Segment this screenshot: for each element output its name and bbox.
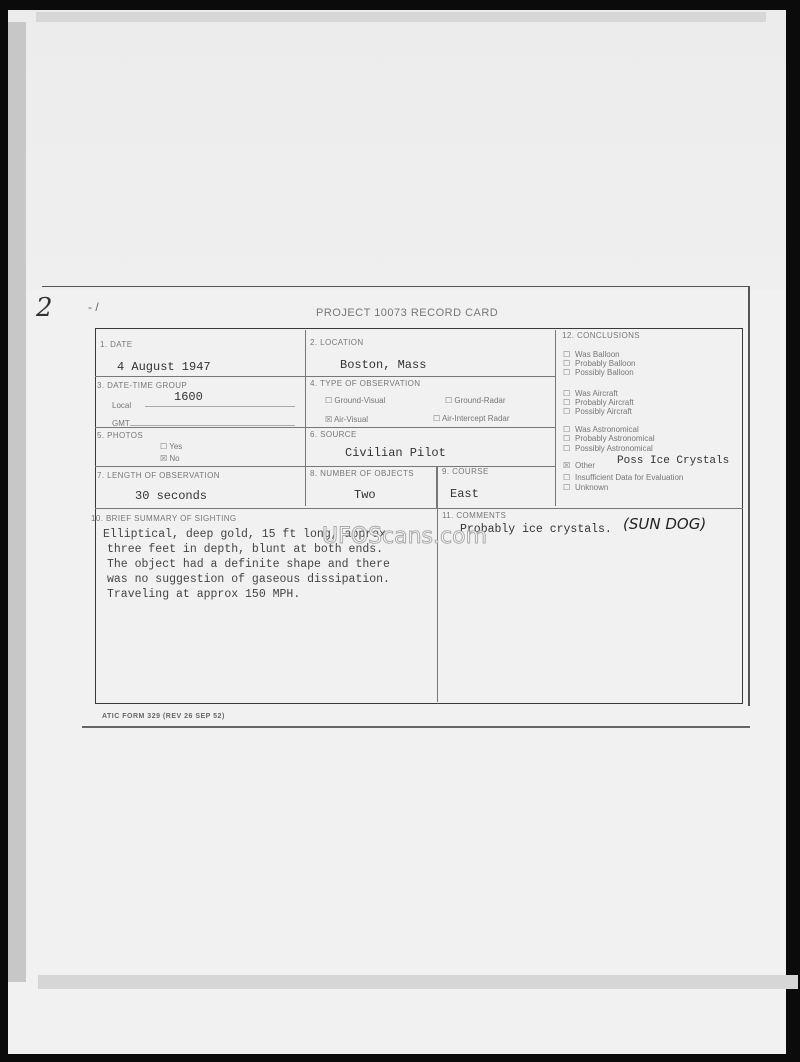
local-time-value: 1600 bbox=[174, 390, 203, 404]
observation-type-label: 4. TYPE OF OBSERVATION bbox=[310, 379, 420, 388]
conclusion-item: ☐Possibly Aircraft bbox=[563, 407, 632, 416]
option-ground-radar: ☐ Ground-Radar bbox=[445, 396, 506, 405]
objects-count-label: 8. NUMBER OF OBJECTS bbox=[310, 469, 414, 478]
conclusion-item: ☐Probably Aircraft bbox=[563, 398, 634, 407]
checkbox-icon: ☐ bbox=[563, 398, 575, 407]
checkbox-icon: ☐ bbox=[563, 389, 575, 398]
checked-box-icon: ☒ bbox=[563, 461, 575, 470]
date-value: 4 August 1947 bbox=[117, 360, 211, 374]
bottom-rule bbox=[82, 726, 750, 728]
checkbox-icon: ☐ bbox=[563, 483, 575, 492]
checkbox-icon: ☐ bbox=[563, 473, 575, 482]
photos-yes: ☐ Yes bbox=[160, 442, 182, 451]
date-label: 1. DATE bbox=[100, 340, 132, 349]
comments-label: 11. COMMENTS bbox=[442, 511, 506, 520]
scan-left-edge bbox=[8, 22, 26, 982]
summary-label: 10. BRIEF SUMMARY OF SIGHTING bbox=[91, 514, 237, 523]
source-value: Civilian Pilot bbox=[345, 446, 446, 460]
date-time-group-label: 3. DATE-TIME GROUP bbox=[97, 381, 187, 390]
gmt-underline bbox=[130, 425, 295, 426]
scan-top-edge bbox=[36, 12, 766, 22]
photos-no: ☒ No bbox=[160, 454, 180, 463]
checkbox-icon: ☐ bbox=[325, 396, 332, 405]
checkbox-icon: ☐ bbox=[563, 368, 575, 377]
checkbox-icon: ☐ bbox=[563, 425, 575, 434]
option-ground-visual: ☐ Ground-Visual bbox=[325, 396, 385, 405]
course-label: 9. COURSE bbox=[442, 467, 489, 476]
conclusion-item: ☐Was Astronomical bbox=[563, 425, 639, 434]
length-value: 30 seconds bbox=[135, 489, 207, 503]
course-value: East bbox=[450, 487, 479, 501]
form-number: ATIC FORM 329 (REV 26 SEP 52) bbox=[102, 713, 225, 720]
divider bbox=[436, 466, 437, 508]
divider bbox=[95, 508, 743, 509]
divider bbox=[95, 427, 555, 428]
handwritten-annotation: (SUN DOG) bbox=[623, 515, 706, 533]
checkbox-icon: ☐ bbox=[563, 407, 575, 416]
option-air-intercept-radar: ☐ Air-Intercept Radar bbox=[433, 414, 510, 423]
conclusion-item: ☐Possibly Balloon bbox=[563, 368, 634, 377]
divider bbox=[95, 376, 555, 377]
gmt-label: GMT bbox=[112, 419, 130, 428]
option-air-visual: ☒ Air-Visual bbox=[325, 415, 368, 424]
conclusion-item: ☐Unknown bbox=[563, 483, 608, 492]
conclusion-item: ☐Probably Balloon bbox=[563, 359, 635, 368]
location-value: Boston, Mass bbox=[340, 358, 426, 372]
other-conclusion-value: Poss Ice Crystals bbox=[617, 455, 729, 467]
conclusion-item: ☐Probably Astronomical bbox=[563, 434, 655, 443]
checkbox-icon: ☐ bbox=[445, 396, 452, 405]
checkbox-icon: ☐ bbox=[563, 444, 575, 453]
checked-box-icon: ☒ bbox=[325, 415, 332, 424]
watermark: UFOScans.com bbox=[322, 524, 487, 549]
conclusion-item: ☐Possibly Astronomical bbox=[563, 444, 653, 453]
conclusion-item-other: ☒Other bbox=[563, 461, 595, 470]
checkbox-icon: ☐ bbox=[433, 414, 440, 423]
local-time-underline bbox=[145, 406, 295, 407]
checkbox-icon: ☐ bbox=[160, 442, 167, 451]
source-label: 6. SOURCE bbox=[310, 430, 357, 439]
scan-bottom-edge bbox=[38, 975, 798, 989]
divider bbox=[305, 330, 306, 506]
conclusion-item: ☐Was Balloon bbox=[563, 350, 620, 359]
objects-count-value: Two bbox=[354, 488, 376, 502]
conclusion-item: ☐Was Aircraft bbox=[563, 389, 618, 398]
photos-label: 5. PHOTOS bbox=[97, 431, 143, 440]
card-title: PROJECT 10073 RECORD CARD bbox=[316, 307, 498, 319]
checkbox-icon: ☐ bbox=[563, 350, 575, 359]
divider bbox=[555, 330, 556, 506]
stray-mark: - / bbox=[88, 300, 99, 314]
location-label: 2. LOCATION bbox=[310, 338, 364, 347]
checked-box-icon: ☒ bbox=[160, 454, 167, 463]
card-right-rule bbox=[748, 286, 750, 706]
length-label: 7. LENGTH OF OBSERVATION bbox=[97, 471, 220, 480]
checkbox-icon: ☐ bbox=[563, 359, 575, 368]
page-bleed-area bbox=[8, 10, 786, 290]
conclusion-item: ☐Insufficient Data for Evaluation bbox=[563, 473, 683, 482]
local-time-label: Local bbox=[112, 401, 131, 410]
checkbox-icon: ☐ bbox=[563, 434, 575, 443]
card-top-rule bbox=[42, 286, 750, 287]
page-number-mark: 2 bbox=[36, 293, 53, 323]
conclusions-label: 12. CONCLUSIONS bbox=[562, 331, 640, 340]
